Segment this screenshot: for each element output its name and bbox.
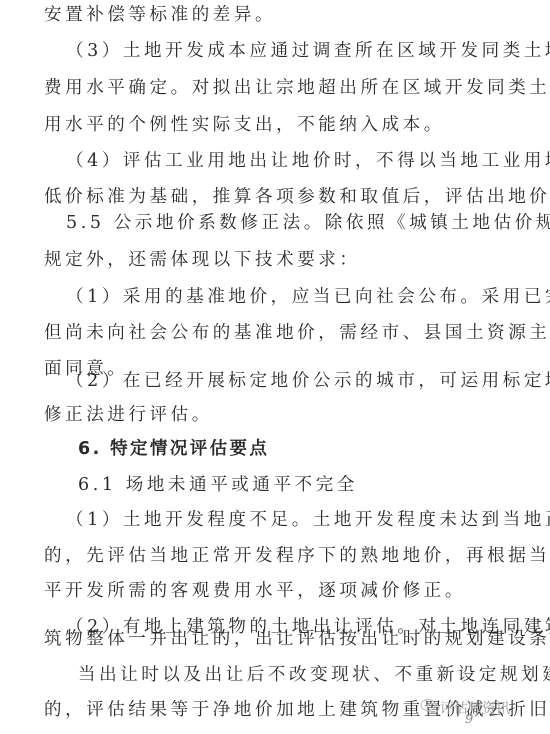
text-line-2: （3）土地开发成本应通过调查所在区域开发同类土地的客观: [66, 40, 550, 62]
text-line-13: 修正法进行评估。: [44, 404, 213, 426]
watermark-text: 评估师资讯: [440, 698, 510, 718]
text-line-12: （2）在已经开展标定地价公示的城市，可运用标定地价系数: [66, 370, 550, 392]
text-line-3: 费用水平确定。对拟出让宗地超出所在区域开发同类土地客观费: [44, 77, 550, 99]
document-page: 安置补偿等标准的差异。 （3）土地开发成本应通过调查所在区域开发同类土地的客观 …: [0, 0, 550, 734]
text-line-1: 安置补偿等标准的差异。: [44, 4, 276, 26]
section-heading: 6. 特定情况评估要点: [78, 438, 269, 460]
subsection-heading: 6.1 场地未通平或通平不完全: [78, 474, 358, 496]
text-line-10: 但尚未向社会公布的基准地价，需经市、县国土资源主管部门书: [44, 322, 550, 344]
text-line-8: 规定外，还需体现以下技术要求：: [44, 249, 361, 271]
wechat-icon: [420, 698, 440, 714]
text-line-16: （1）土地开发程度不足。土地开发程度未达到当地正常水平: [66, 509, 550, 531]
text-line-17: 的，先评估当地正常开发程序下的熟地地价，再根据当地各项通: [44, 545, 550, 567]
text-line-6: 低价标准为基础，推算各项参数和取值后，评估出地价。: [44, 186, 550, 208]
page-number: 9: [465, 712, 473, 727]
text-line-21: 当出让时以及出让后不改变现状、不重新设定规划建设条件: [78, 664, 550, 686]
text-line-5: （4）评估工业用地出让地价时，不得以当地工业用地出让最: [66, 150, 550, 172]
text-line-4: 用水平的个例性实际支出，不能纳入成本。: [44, 114, 445, 136]
text-line-9: （1）采用的基准地价，应当已向社会公布。采用已完成更新: [66, 286, 550, 308]
text-line-7: 5.5 公示地价系数修正法。除依照《城镇土地估价规程》的: [66, 212, 550, 234]
text-line-20: 筑物整体一并出让的，出让评估按出让时的规划建设条件进行。: [44, 628, 550, 650]
text-line-18: 平开发所需的客观费用水平，逐项减价修正。: [44, 580, 466, 602]
